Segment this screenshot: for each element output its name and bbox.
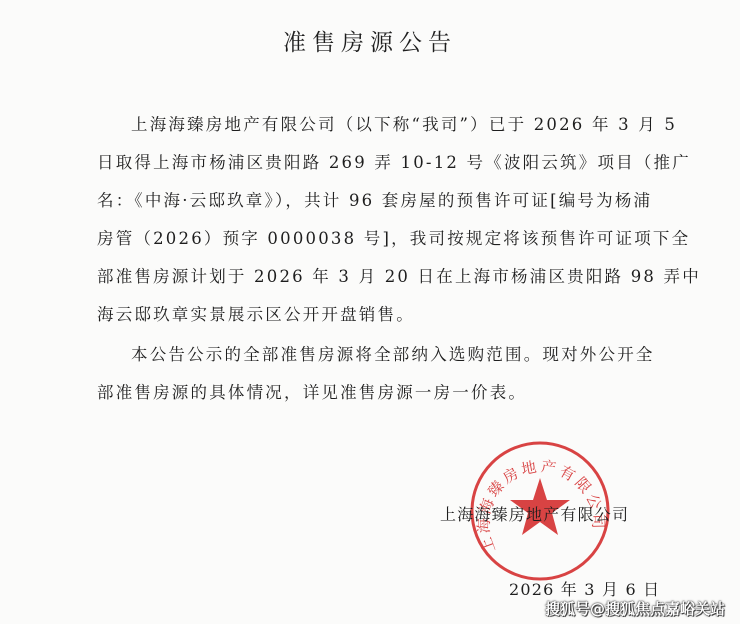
signature-company: 上海海臻房地产有限公司 (440, 502, 629, 525)
paragraph1-line-3: 名：《中海·云邸玖章》），共计 96 套房屋的预售许可证[编号为杨浦 (97, 187, 652, 211)
paragraph1-line-1: 上海海臻房地产有限公司（以下称“我司”）已于 2026 年 3 月 5 (131, 111, 677, 135)
paragraph1-line-2: 日取得上海市杨浦区贵阳路 269 弄 10-12 号《波阳云筑》项目（推广 (97, 149, 691, 173)
paragraph2-line-1: 本公告公示的全部准售房源将全部纳入选购范围。现对外公开全 (131, 341, 655, 365)
paragraph1-line-5: 部准售房源计划于 2026 年 3 月 20 日在上海市杨浦区贵阳路 98 弄中 (97, 263, 701, 287)
paragraph1-line-6: 海云邸玖章实景展示区公开开盘销售。 (97, 301, 415, 325)
announcement-page: 准售房源公告 上海海臻房地产有限公司（以下称“我司”）已于 2026 年 3 月… (0, 0, 740, 624)
signature-date: 2026 年 3 月 6 日 (509, 577, 660, 600)
source-watermark: 搜狐号@搜狐焦点嘉峪关站 (545, 598, 725, 619)
document-title: 准售房源公告 (0, 24, 740, 57)
paragraph1-line-4: 房管（2026）预字 0000038 号]，我司按规定将该预售许可证项下全 (97, 225, 690, 249)
paragraph2-line-2: 部准售房源的具体情况，详见准售房源一房一价表。 (97, 379, 527, 403)
